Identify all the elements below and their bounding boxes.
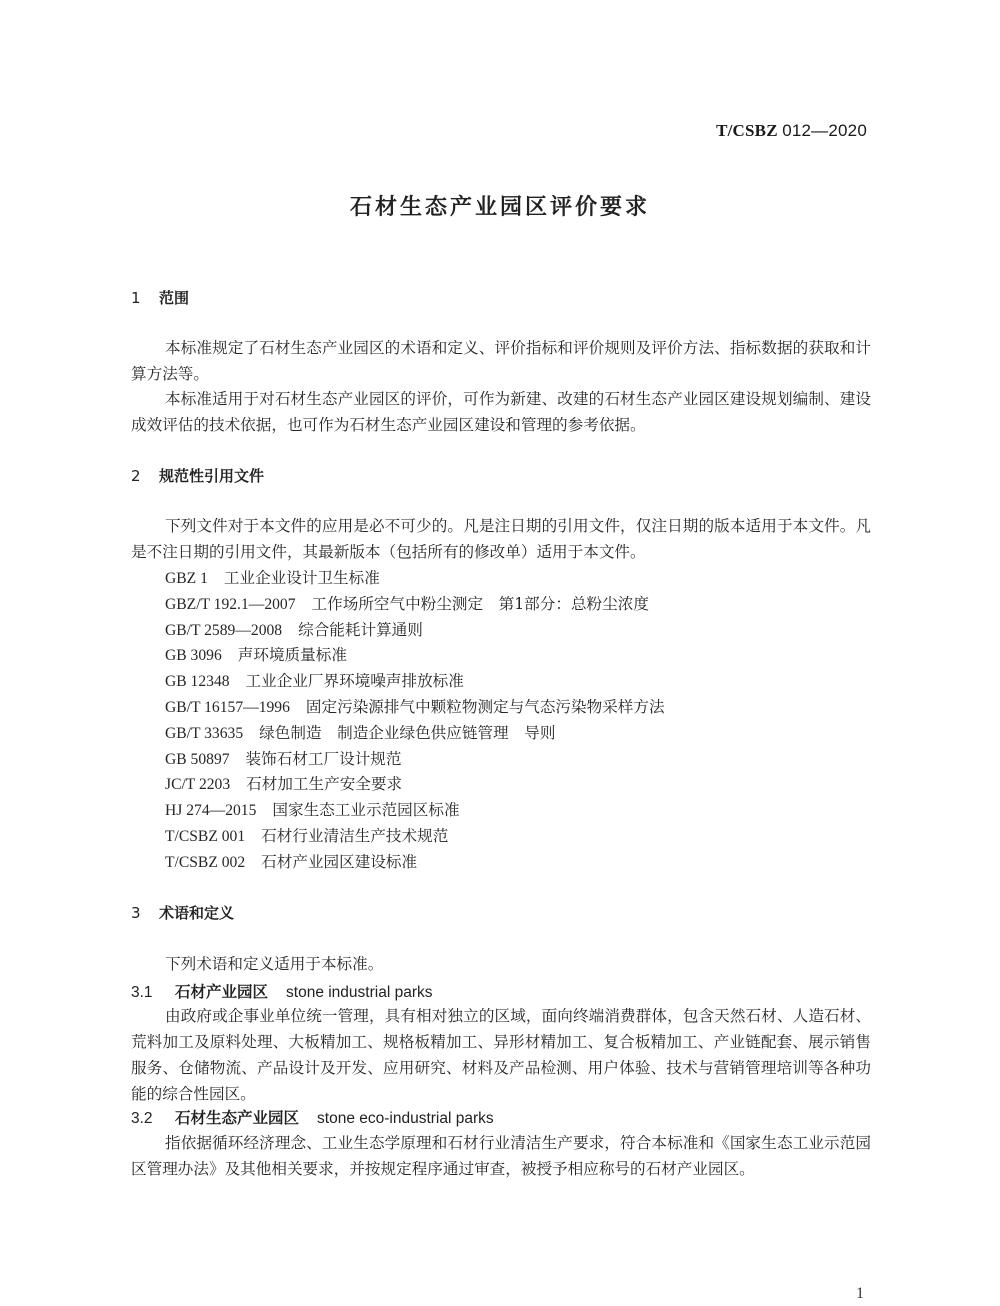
- reference-code: T/CSBZ 001: [165, 828, 245, 845]
- term-english: stone industrial parks: [286, 984, 432, 1001]
- reference-title: 石材产业园区建设标准: [261, 853, 417, 871]
- term-number: 3.2: [131, 1110, 175, 1128]
- section-title: 规范性引用文件: [159, 467, 264, 485]
- reference-code: JC/T 2203: [165, 776, 230, 793]
- reference-item: HJ 274—2015国家生态工业示范园区标准: [165, 798, 665, 824]
- normative-references-list: GBZ 1工业企业设计卫生标准 GBZ/T 192.1—2007工作场所空气中粉…: [165, 566, 665, 876]
- reference-code: GBZ 1: [165, 570, 208, 587]
- section-1-heading: 1范围: [131, 287, 189, 308]
- reference-code: GB 12348: [165, 673, 230, 690]
- section-title: 范围: [159, 289, 189, 307]
- reference-code: GB/T 33635: [165, 725, 243, 742]
- term-chinese: 石材生态产业园区: [175, 1109, 299, 1127]
- section-2-heading: 2规范性引用文件: [131, 465, 264, 486]
- reference-item: GBZ/T 192.1—2007工作场所空气中粉尘测定 第1部分：总粉尘浓度: [165, 592, 665, 618]
- term-3-1-definition: 由政府或企事业单位统一管理，具有相对独立的区域，面向终端消费群体，包含天然石材、…: [131, 1003, 871, 1107]
- reference-item: GB/T 2589—2008综合能耗计算通则: [165, 618, 665, 644]
- section-number: 1: [131, 289, 159, 307]
- term-3-1-heading: 3.1石材产业园区stone industrial parks: [131, 980, 432, 1002]
- reference-title: 固定污染源排气中颗粒物测定与气态污染物采样方法: [306, 698, 665, 716]
- section-3-heading: 3术语和定义: [131, 902, 234, 923]
- term-3-2-heading: 3.2石材生态产业园区stone eco-industrial parks: [131, 1106, 494, 1128]
- reference-title: 石材加工生产安全要求: [246, 775, 402, 793]
- reference-title: 工作场所空气中粉尘测定 第1部分：总粉尘浓度: [312, 595, 649, 613]
- document-page: T/CSBZ 012—2020 石材生态产业园区评价要求 1范围 本标准规定了石…: [0, 0, 1000, 1306]
- reference-title: 装饰石材工厂设计规范: [246, 750, 402, 768]
- reference-item: GBZ 1工业企业设计卫生标准: [165, 566, 665, 592]
- term-3-2-definition: 指依据循环经济理念、工业生态学原理和石材行业清洁生产要求，符合本标准和《国家生态…: [131, 1130, 871, 1182]
- scope-paragraph-2: 本标准适用于对石材生态产业园区的评价，可作为新建、改建的石材生态产业园区建设规划…: [131, 386, 871, 438]
- reference-item: T/CSBZ 002石材产业园区建设标准: [165, 850, 665, 876]
- reference-title: 国家生态工业示范园区标准: [272, 801, 459, 819]
- section-number: 2: [131, 467, 159, 485]
- reference-code: GBZ/T 192.1—2007: [165, 596, 296, 613]
- reference-item: GB/T 33635绿色制造 制造企业绿色供应链管理 导则: [165, 721, 665, 747]
- references-intro-paragraph: 下列文件对于本文件的应用是必不可少的。凡是注日期的引用文件，仅注日期的版本适用于…: [131, 513, 871, 565]
- term-english: stone eco-industrial parks: [317, 1110, 494, 1127]
- standard-code-number: 012—2020: [782, 121, 867, 140]
- scope-paragraph-1: 本标准规定了石材生态产业园区的术语和定义、评价指标和评价规则及评价方法、指标数据…: [131, 335, 871, 387]
- reference-code: T/CSBZ 002: [165, 854, 245, 871]
- reference-item: GB 12348工业企业厂界环境噪声排放标准: [165, 669, 665, 695]
- reference-title: 声环境质量标准: [238, 646, 347, 664]
- reference-code: GB/T 16157—1996: [165, 699, 290, 716]
- reference-title: 石材行业清洁生产技术规范: [261, 827, 448, 845]
- reference-title: 工业企业设计卫生标准: [224, 569, 380, 587]
- document-title: 石材生态产业园区评价要求: [0, 190, 1000, 221]
- terms-intro-paragraph: 下列术语和定义适用于本标准。: [131, 951, 871, 977]
- reference-title: 综合能耗计算通则: [298, 621, 423, 639]
- standard-code-prefix: T/CSBZ: [716, 121, 778, 140]
- reference-code: GB 50897: [165, 751, 230, 768]
- reference-item: JC/T 2203石材加工生产安全要求: [165, 772, 665, 798]
- reference-item: T/CSBZ 001石材行业清洁生产技术规范: [165, 824, 665, 850]
- term-number: 3.1: [131, 984, 175, 1002]
- term-chinese: 石材产业园区: [175, 983, 268, 1001]
- reference-item: GB/T 16157—1996固定污染源排气中颗粒物测定与气态污染物采样方法: [165, 695, 665, 721]
- reference-title: 绿色制造 制造企业绿色供应链管理 导则: [259, 724, 555, 742]
- section-number: 3: [131, 904, 159, 922]
- section-title: 术语和定义: [159, 904, 234, 922]
- reference-item: GB 50897装饰石材工厂设计规范: [165, 747, 665, 773]
- reference-code: HJ 274—2015: [165, 802, 256, 819]
- reference-item: GB 3096声环境质量标准: [165, 643, 665, 669]
- reference-title: 工业企业厂界环境噪声排放标准: [246, 672, 464, 690]
- standard-code: T/CSBZ 012—2020: [716, 121, 867, 141]
- page-number: 1: [856, 1285, 864, 1303]
- reference-code: GB 3096: [165, 647, 222, 664]
- reference-code: GB/T 2589—2008: [165, 622, 282, 639]
